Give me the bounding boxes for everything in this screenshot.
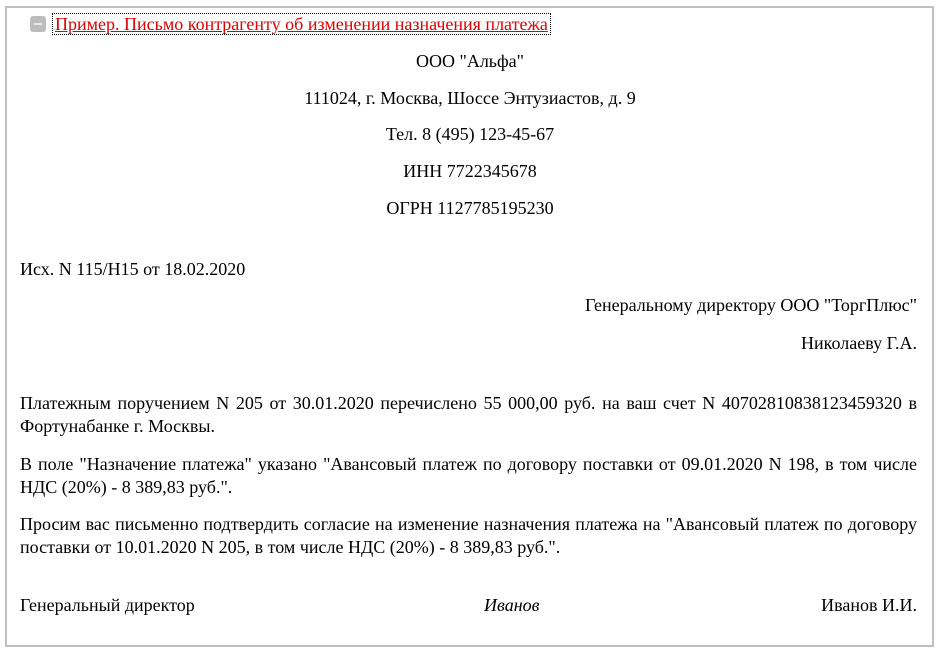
recipient-position: Генеральному директору ООО "ТоргПлюс" bbox=[585, 294, 917, 316]
outgoing-reference: Исх. N 115/Н15 от 18.02.2020 bbox=[20, 258, 245, 280]
sender-phone: Тел. 8 (495) 123-45-67 bbox=[0, 123, 940, 145]
example-title-link[interactable]: Пример. Письмо контрагенту об изменении … bbox=[53, 14, 550, 34]
sender-ogrn: ОГРН 1127785195230 bbox=[0, 197, 940, 219]
example-header: Пример. Письмо контрагенту об изменении … bbox=[30, 13, 550, 35]
signatory-position: Генеральный директор bbox=[20, 594, 195, 616]
recipient-name: Николаеву Г.А. bbox=[801, 332, 917, 354]
body-paragraph: Платежным поручением N 205 от 30.01.2020… bbox=[20, 392, 917, 438]
body-paragraph: В поле "Назначение платежа" указано "Ава… bbox=[20, 453, 917, 499]
signature-block: Генеральный директор Иванов Иванов И.И. bbox=[20, 594, 917, 616]
sender-address: 111024, г. Москва, Шоссе Энтузиастов, д.… bbox=[0, 87, 940, 109]
body-paragraph: Просим вас письменно подтвердить согласи… bbox=[20, 513, 917, 559]
sender-inn: ИНН 7722345678 bbox=[0, 160, 940, 182]
signatory-name: Иванов И.И. bbox=[821, 594, 917, 616]
minus-square-icon[interactable] bbox=[30, 16, 46, 32]
signature: Иванов bbox=[484, 594, 539, 616]
sender-company: ООО "Альфа" bbox=[0, 50, 940, 72]
